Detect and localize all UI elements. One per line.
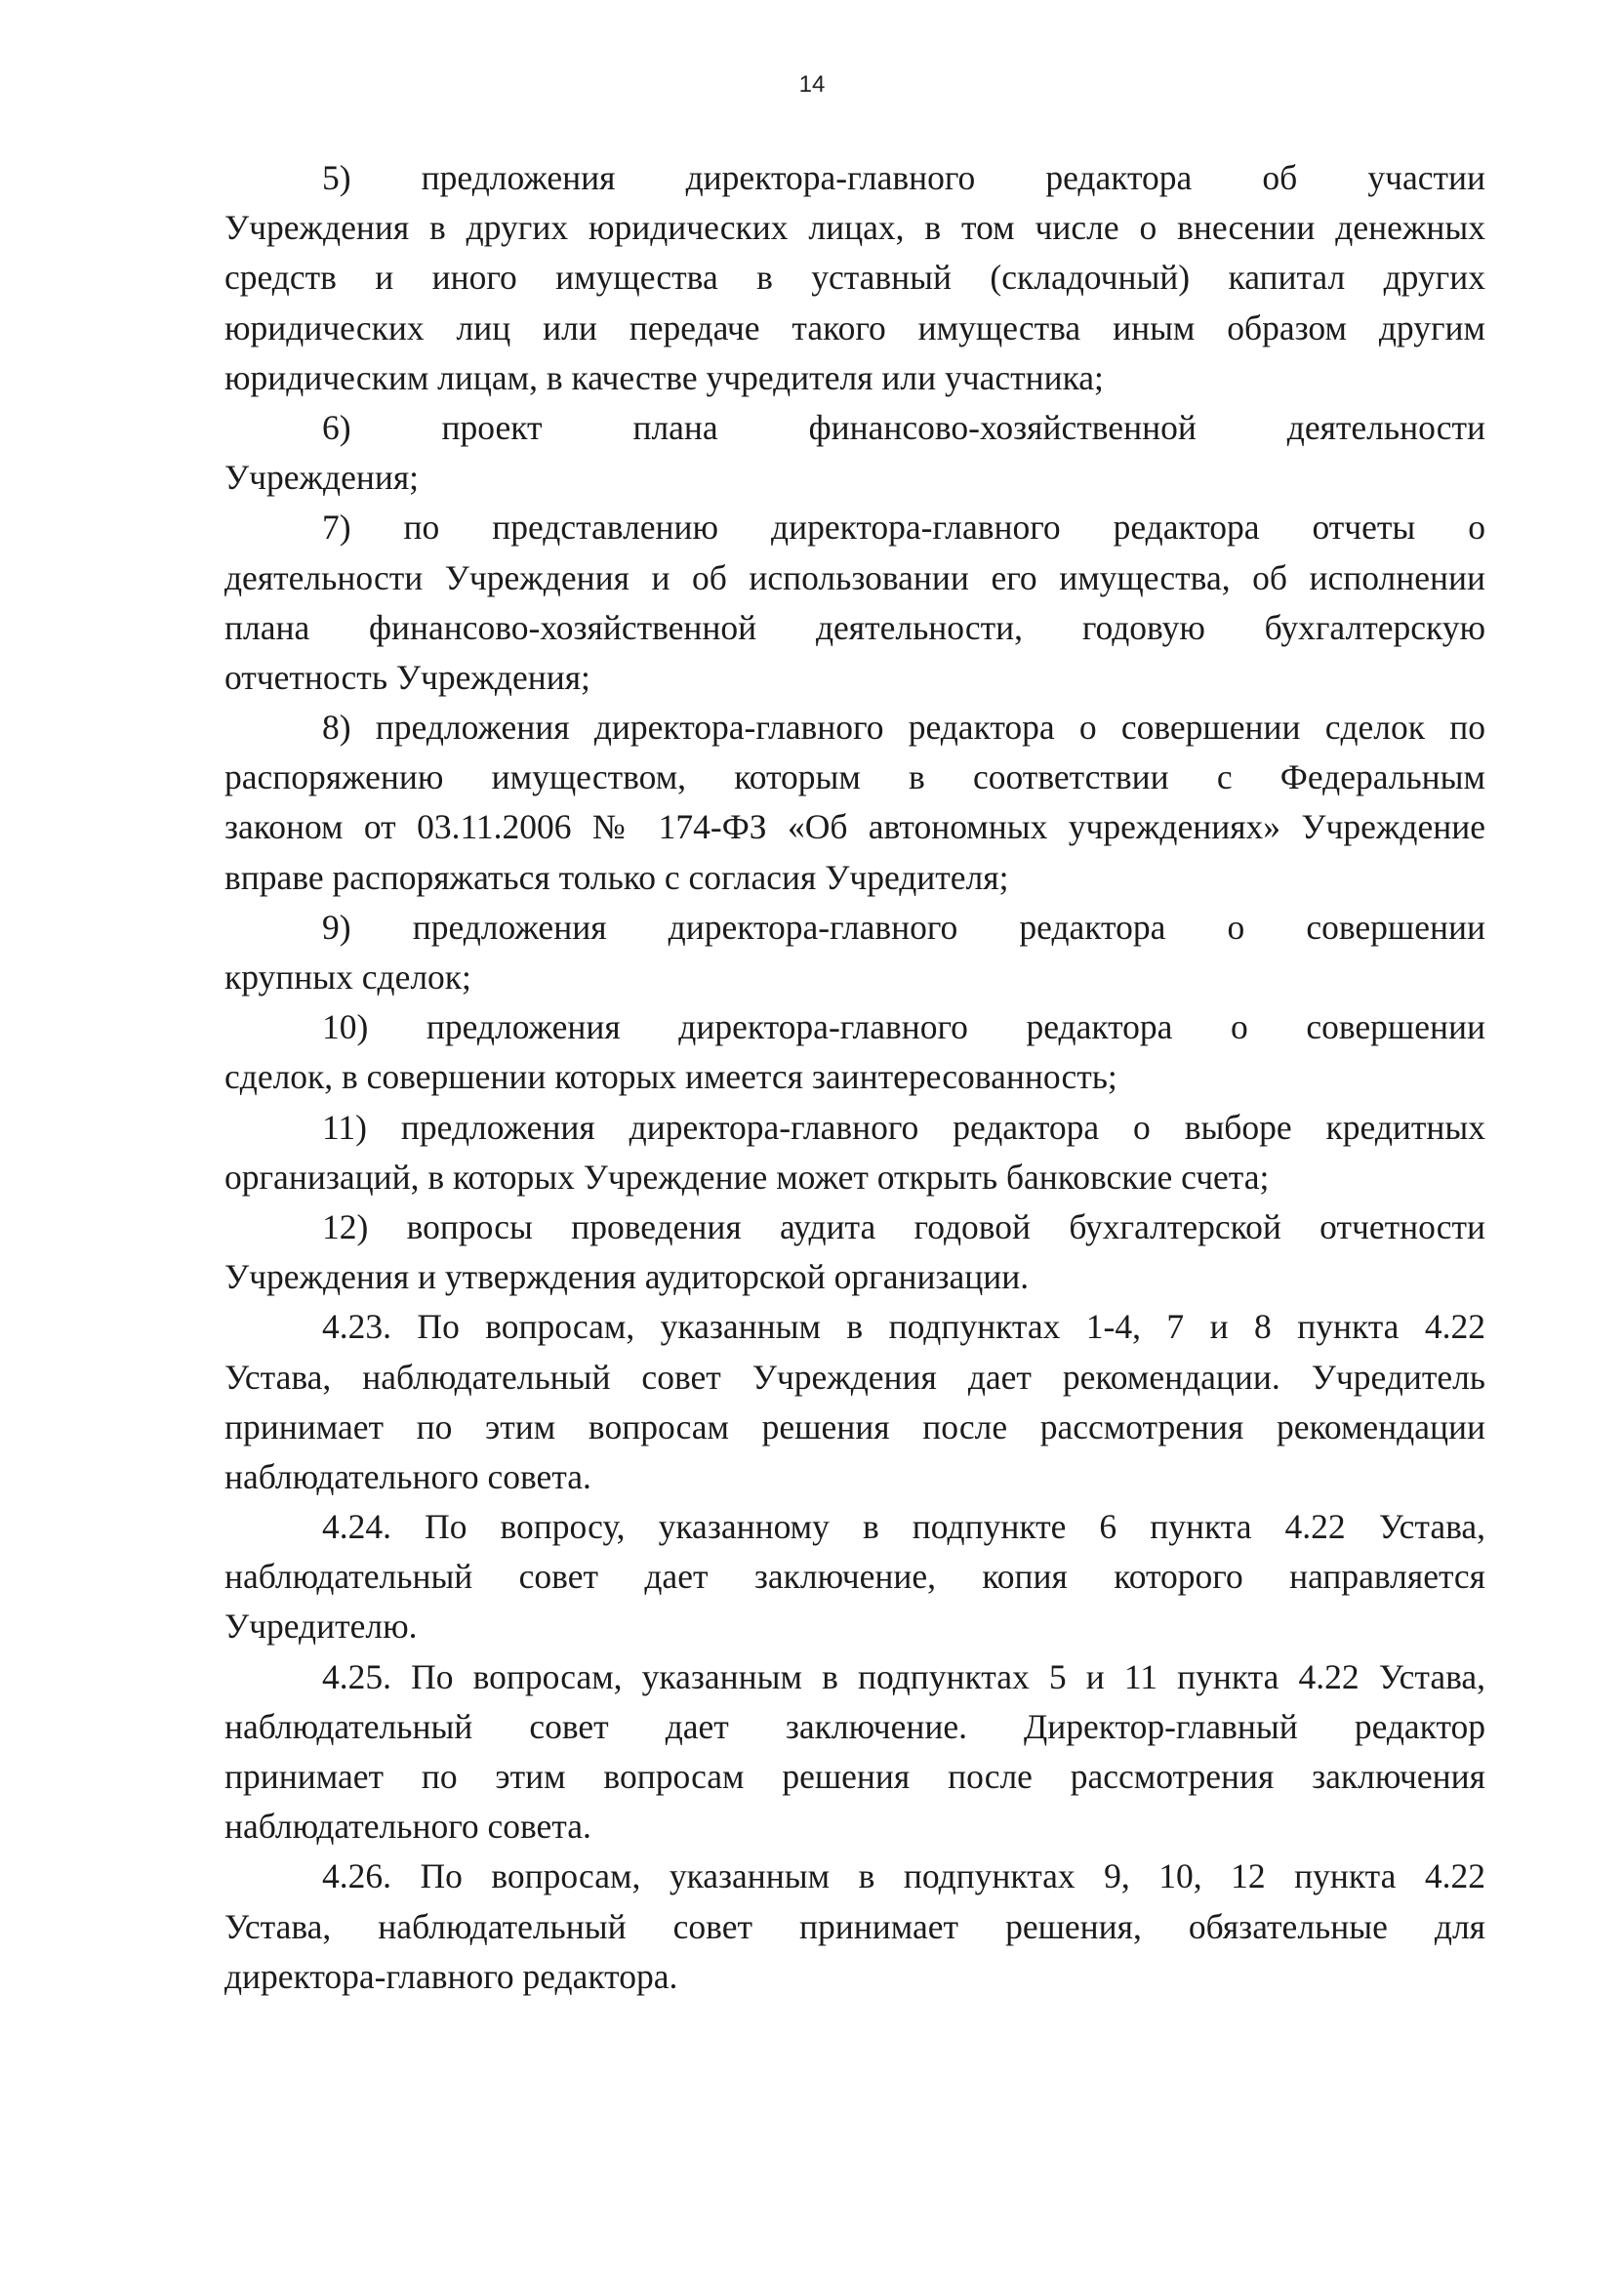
text-line: юридическим лицам, в качестве учредителя… xyxy=(224,353,1485,403)
text-line: средств и иного имущества в уставный (ск… xyxy=(224,253,1485,303)
text-line: Устава, наблюдательный совет Учреждения … xyxy=(224,1353,1485,1403)
text-line: наблюдательного совета. xyxy=(224,1802,1485,1852)
text-line: законом от 03.11.2006 № 174-ФЗ «Об автон… xyxy=(224,802,1485,852)
text-line: организаций, в которых Учреждение может … xyxy=(224,1153,1485,1202)
text-line: принимает по этим вопросам решения после… xyxy=(224,1752,1485,1802)
text-line: 4.25. По вопросам, указанным в подпункта… xyxy=(224,1652,1485,1702)
text-line: Учреждения и утверждения аудиторской орг… xyxy=(224,1252,1485,1302)
text-line: директора-главного редактора. xyxy=(224,1952,1485,2002)
text-line: 9) предложения директора-главного редакт… xyxy=(224,903,1485,953)
text-line: 8) предложения директора-главного редакт… xyxy=(224,703,1485,753)
text-line: деятельности Учреждения и об использован… xyxy=(224,553,1485,603)
paragraph-item-7: 7) по представлению директора-главного р… xyxy=(224,503,1485,703)
paragraph-clause-4-25: 4.25. По вопросам, указанным в подпункта… xyxy=(224,1652,1485,1852)
paragraph-clause-4-23: 4.23. По вопросам, указанным в подпункта… xyxy=(224,1302,1485,1502)
text-line: 7) по представлению директора-главного р… xyxy=(224,503,1485,552)
text-line: наблюдательного совета. xyxy=(224,1452,1485,1502)
text-line: Устава, наблюдательный совет принимает р… xyxy=(224,1902,1485,1952)
text-line: 6) проект плана финансово-хозяйственной … xyxy=(224,403,1485,453)
paragraph-clause-4-24: 4.24. По вопросу, указанному в подпункте… xyxy=(224,1502,1485,1652)
text-line: 4.26. По вопросам, указанным в подпункта… xyxy=(224,1852,1485,1901)
text-line: распоряжению имуществом, которым в соотв… xyxy=(224,753,1485,802)
page-number: 14 xyxy=(0,70,1624,100)
paragraph-item-10: 10) предложения директора-главного редак… xyxy=(224,1002,1485,1102)
text-line: 10) предложения директора-главного редак… xyxy=(224,1002,1485,1052)
text-line: вправе распоряжаться только с согласия У… xyxy=(224,853,1485,903)
text-line: юридических лиц или передаче такого имущ… xyxy=(224,304,1485,353)
text-line: плана финансово-хозяйственной деятельнос… xyxy=(224,603,1485,653)
text-line: 4.23. По вопросам, указанным в подпункта… xyxy=(224,1302,1485,1352)
text-line: принимает по этим вопросам решения после… xyxy=(224,1403,1485,1452)
text-line: наблюдательный совет дает заключение, ко… xyxy=(224,1552,1485,1602)
text-line: отчетность Учреждения; xyxy=(224,653,1485,703)
text-line: 5) предложения директора-главного редакт… xyxy=(224,153,1485,203)
document-body: 5) предложения директора-главного редакт… xyxy=(224,153,1485,2002)
text-line: сделок, в совершении которых имеется заи… xyxy=(224,1052,1485,1102)
paragraph-item-8: 8) предложения директора-главного редакт… xyxy=(224,703,1485,903)
text-line: Учреждения в других юридических лицах, в… xyxy=(224,203,1485,253)
paragraph-item-9: 9) предложения директора-главного редакт… xyxy=(224,903,1485,1002)
paragraph-item-12: 12) вопросы проведения аудита годовой бу… xyxy=(224,1202,1485,1302)
paragraph-item-11: 11) предложения директора-главного редак… xyxy=(224,1103,1485,1202)
text-line: Учредителю. xyxy=(224,1602,1485,1651)
text-line: 12) вопросы проведения аудита годовой бу… xyxy=(224,1202,1485,1252)
paragraph-item-5: 5) предложения директора-главного редакт… xyxy=(224,153,1485,403)
paragraph-item-6: 6) проект плана финансово-хозяйственной … xyxy=(224,403,1485,503)
text-line: 4.24. По вопросу, указанному в подпункте… xyxy=(224,1502,1485,1552)
text-line: 11) предложения директора-главного редак… xyxy=(224,1103,1485,1153)
text-line: наблюдательный совет дает заключение. Ди… xyxy=(224,1702,1485,1752)
text-line: крупных сделок; xyxy=(224,953,1485,1002)
text-line: Учреждения; xyxy=(224,453,1485,503)
paragraph-clause-4-26: 4.26. По вопросам, указанным в подпункта… xyxy=(224,1852,1485,2002)
